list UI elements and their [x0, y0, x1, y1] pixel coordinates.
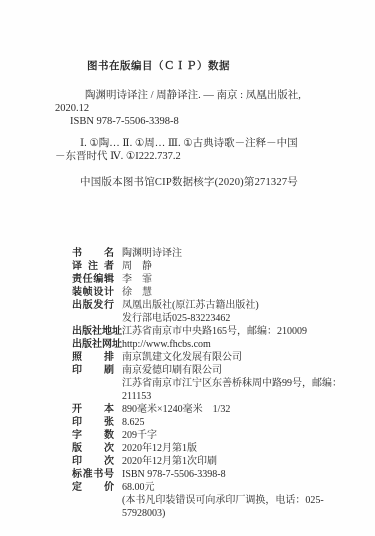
row-value: 2020年12月第1次印刷 [122, 455, 355, 468]
colophon-row-editor: 责任编辑 李 霏 [72, 273, 355, 286]
row-value-line-2: 江苏省南京市江宁区东善桥秣周中路99号，邮编：211153 [122, 377, 355, 403]
colophon-row-publisher-website: 出版社网址 http://www.fhcbs.com [72, 338, 355, 351]
row-value: 890毫米×1240毫米 1/32 [122, 403, 355, 416]
row-label: 装帧设计 [72, 286, 114, 299]
row-value: ISBN 978-7-5506-3398-8 [122, 468, 355, 481]
colophon-row-edition: 版次 2020年12月第1版 [72, 442, 355, 455]
row-label: 出版社地址 [72, 325, 114, 338]
cip-entry-line-2: 2020.12 [55, 102, 323, 115]
row-value: 南京凯建文化发展有限公司 [122, 351, 355, 364]
row-value: 8.625 [122, 416, 355, 429]
row-label: 印刷 [72, 364, 114, 377]
row-label: 译注者 [72, 260, 114, 273]
row-label: 版次 [72, 442, 114, 455]
row-value-line-1: 南京爱德印刷有限公司 [122, 365, 222, 376]
cip-record-number: 中国版本图书馆CIP数据核字(2020)第271327号 [55, 176, 323, 189]
row-label: 印张 [72, 416, 114, 429]
cip-entry-line-1: 陶渊明诗译注 / 周静译注. — 南京 : 凤凰出版社, [55, 89, 323, 102]
colophon-row-sheets: 印张 8.625 [72, 416, 355, 429]
row-label: 定价 [72, 481, 114, 494]
cip-isbn-line: ISBN 978-7-5506-3398-8 [55, 115, 323, 128]
row-label: 开本 [72, 403, 114, 416]
row-value: 陶渊明诗译注 [122, 247, 355, 260]
row-label: 印次 [72, 455, 114, 468]
row-label: 出版发行 [72, 299, 114, 312]
colophon-row-printing: 印次 2020年12月第1次印刷 [72, 455, 355, 468]
cip-block: 图书在版编目（ＣＩＰ）数据 陶渊明诗译注 / 周静译注. — 南京 : 凤凰出版… [55, 60, 323, 189]
row-value: http://www.fhcbs.com [122, 338, 355, 351]
row-value: 凤凰出版社(原江苏古籍出版社) 发行部电话025-83223462 [122, 299, 355, 325]
colophon-row-publisher-address: 出版社地址 江苏省南京市中央路165号，邮编：210009 [72, 325, 355, 338]
cip-classification: Ⅰ. ①陶… Ⅱ. ①周… Ⅲ. ①古典诗歌－注释－中国 －东晋时代 Ⅳ. ①I… [55, 137, 323, 163]
colophon-row-format: 开本 890毫米×1240毫米 1/32 [72, 403, 355, 416]
colophon-row-publisher: 出版发行 凤凰出版社(原江苏古籍出版社) 发行部电话025-83223462 [72, 299, 355, 325]
row-value-line-1: 凤凰出版社(原江苏古籍出版社) [122, 300, 259, 311]
cip-class-line-1: Ⅰ. ①陶… Ⅱ. ①周… Ⅲ. ①古典诗歌－注释－中国 [55, 137, 323, 150]
row-value: 江苏省南京市中央路165号，邮编：210009 [122, 325, 355, 338]
row-label: 标准书号 [72, 468, 114, 481]
colophon-row-printer: 印刷 南京爱德印刷有限公司 江苏省南京市江宁区东善桥秣周中路99号，邮编：211… [72, 364, 355, 403]
row-value: 徐 慧 [122, 286, 355, 299]
colophon-row-translator: 译注者 周 静 [72, 260, 355, 273]
colophon-row-designer: 装帧设计 徐 慧 [72, 286, 355, 299]
cip-heading: 图书在版编目（ＣＩＰ）数据 [55, 60, 323, 73]
row-value: 68.00元 (本书凡印装错误可向承印厂调换，电话：025-57928003) [122, 481, 355, 520]
row-label: 照排 [72, 351, 114, 364]
row-label: 字数 [72, 429, 114, 442]
row-label: 出版社网址 [72, 338, 114, 351]
row-value-line-1: 68.00元 [122, 482, 155, 493]
cip-class-line-2: －东晋时代 Ⅳ. ①I222.737.2 [55, 150, 323, 163]
colophon-row-isbn: 标准书号 ISBN 978-7-5506-3398-8 [72, 468, 355, 481]
row-value: 周 静 [122, 260, 355, 273]
colophon-row-wordcount: 字数 209千字 [72, 429, 355, 442]
row-label: 书名 [72, 247, 114, 260]
copyright-page: 图书在版编目（ＣＩＰ）数据 陶渊明诗译注 / 周静译注. — 南京 : 凤凰出版… [0, 0, 375, 536]
row-value: 2020年12月第1版 [122, 442, 355, 455]
row-value: 李 霏 [122, 273, 355, 286]
row-value: 南京爱德印刷有限公司 江苏省南京市江宁区东善桥秣周中路99号，邮编：211153 [122, 364, 355, 403]
row-value-line-2: (本书凡印装错误可向承印厂调换，电话：025-57928003) [122, 494, 355, 520]
row-value-line-2: 发行部电话025-83223462 [122, 312, 355, 325]
colophon-row-title: 书名 陶渊明诗译注 [72, 247, 355, 260]
colophon-block: 书名 陶渊明诗译注 译注者 周 静 责任编辑 李 霏 装帧设计 徐 慧 出版发行… [72, 247, 355, 520]
colophon-row-price: 定价 68.00元 (本书凡印装错误可向承印厂调换，电话：025-5792800… [72, 481, 355, 520]
row-label: 责任编辑 [72, 273, 114, 286]
row-value: 209千字 [122, 429, 355, 442]
colophon-row-typesetting: 照排 南京凯建文化发展有限公司 [72, 351, 355, 364]
